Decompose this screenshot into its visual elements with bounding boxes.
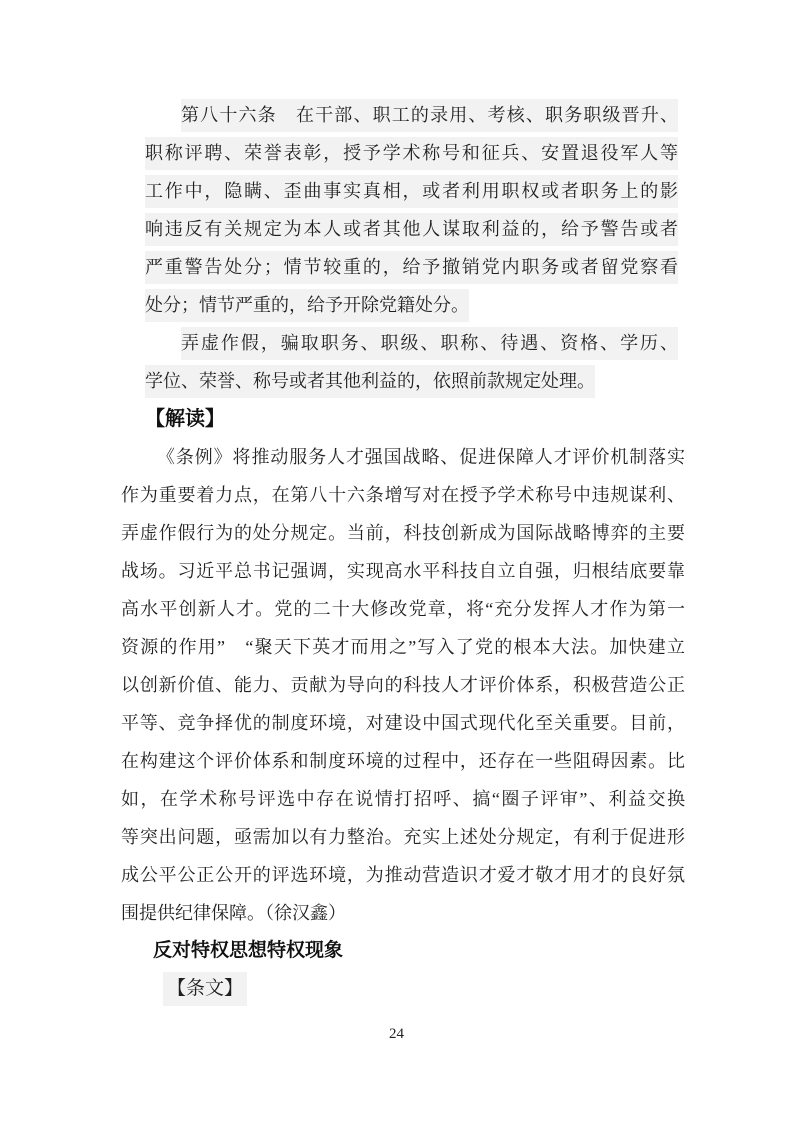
interpretation-line: 平等、竞争择优的制度环境，对建设中国式现代化至关重要。目前， [121,704,685,742]
interpretation-line: 等突出问题，亟需加以有力整治。充实上述处分规定，有利于促进形 [121,818,685,856]
section-title: 反对特权思想特权现象 [153,932,793,970]
interpretation-line: 弄虚作假行为的处分规定。当前，科技创新成为国际战略博弈的主要 [121,514,685,552]
interpretation-line-text: 资源的作用” “聚天下英才而用之”写入了党的根本大法。加快建立 [121,637,685,657]
interpretation-line-text: 《条例》将推动服务人才强国战略、促进保障人才评价机制落实 [157,447,685,467]
interpretation-line-text: 如，在学术称号评选中存在说情打招呼、搞“圈子评审”、利益交换 [121,789,685,809]
interpretation-line: 高水平创新人才。党的二十大修改党章，将“充分发挥人才作为第一 [121,590,685,628]
interpretation-line-text: 等突出问题，亟需加以有力整治。充实上述处分规定，有利于促进形 [121,827,685,847]
interpretation-line: 战场。习近平总书记强调，实现高水平科技自立自强，归根结底要靠 [121,552,685,590]
interpretation-line: 《条例》将推动服务人才强国战略、促进保障人才评价机制落实 [121,438,685,476]
article-line-text: 严重警告处分；情节较重的，给予撤销党内职务或者留党察看 [145,251,678,284]
article-line-text: 学位、荣誉、称号或者其他利益的，依照前款规定处理。 [145,365,595,398]
article-paragraph-2: 弄虚作假，骗取职务、职级、职称、待遇、资格、学历、学位、荣誉、称号或者其他利益的… [145,324,678,400]
interpretation-line: 资源的作用” “聚天下英才而用之”写入了党的根本大法。加快建立 [121,628,685,666]
interpretation-paragraph: 《条例》将推动服务人才强国战略、促进保障人才评价机制落实作为重要着力点，在第八十… [121,438,685,932]
page-number: 24 [0,1022,793,1046]
article-line: 职称评聘、荣誉表彰，授予学术称号和征兵、安置退役军人等 [145,134,678,172]
interpretation-line-text: 以创新价值、能力、贡献为导向的科技人才评价体系，积极营造公正 [121,675,685,695]
article-line-text: 处分；情节严重的，给予开除党籍处分。 [145,289,469,322]
article-text-header-label: 【条文】 [163,972,247,1006]
article-line: 学位、荣誉、称号或者其他利益的，依照前款规定处理。 [145,362,678,400]
article-line-text: 响违反有关规定为本人或者其他人谋取利益的，给予警告或者 [145,213,678,246]
article-quote-block: 第八十六条 在干部、职工的录用、考核、职务职级晋升、职称评聘、荣誉表彰，授予学术… [145,96,678,400]
article-line-text: 第八十六条 在干部、职工的录用、考核、职务职级晋升、 [181,99,678,132]
article-line: 工作中，隐瞒、歪曲事实真相，或者利用职权或者职务上的影 [145,172,678,210]
article-paragraph-1: 第八十六条 在干部、职工的录用、考核、职务职级晋升、职称评聘、荣誉表彰，授予学术… [145,96,678,324]
interpretation-line: 作为重要着力点，在第八十六条增写对在授予学术称号中违规谋利、 [121,476,685,514]
article-line: 严重警告处分；情节较重的，给予撤销党内职务或者留党察看 [145,248,678,286]
interpretation-header: 【解读】 [145,400,793,438]
article-line: 响违反有关规定为本人或者其他人谋取利益的，给予警告或者 [145,210,678,248]
document-page: { "document": { "colors": { "page_backgr… [0,0,793,1122]
interpretation-line-text: 弄虚作假行为的处分规定。当前，科技创新成为国际战略博弈的主要 [121,523,685,543]
interpretation-line-text: 作为重要着力点，在第八十六条增写对在授予学术称号中违规谋利、 [121,485,685,505]
interpretation-line-text: 在构建这个评价体系和制度环境的过程中，还存在一些阻碍因素。比 [121,751,685,771]
interpretation-line-text: 战场。习近平总书记强调，实现高水平科技自立自强，归根结底要靠 [121,561,685,581]
interpretation-line-text: 高水平创新人才。党的二十大修改党章，将“充分发挥人才作为第一 [121,599,685,619]
interpretation-line: 如，在学术称号评选中存在说情打招呼、搞“圈子评审”、利益交换 [121,780,685,818]
interpretation-line-text: 成公平公正公开的评选环境，为推动营造识才爱才敬才用才的良好氛 [121,865,685,885]
page-content: 第八十六条 在干部、职工的录用、考核、职务职级晋升、职称评聘、荣誉表彰，授予学术… [0,96,793,1046]
interpretation-line: 围提供纪律保障。（徐汉鑫） [121,894,685,932]
interpretation-line: 在构建这个评价体系和制度环境的过程中，还存在一些阻碍因素。比 [121,742,685,780]
article-line-text: 工作中，隐瞒、歪曲事实真相，或者利用职权或者职务上的影 [145,175,678,208]
article-line: 处分；情节严重的，给予开除党籍处分。 [145,286,678,324]
article-line: 第八十六条 在干部、职工的录用、考核、职务职级晋升、 [145,96,678,134]
article-line-text: 弄虚作假，骗取职务、职级、职称、待遇、资格、学历、 [181,327,678,360]
interpretation-line: 以创新价值、能力、贡献为导向的科技人才评价体系，积极营造公正 [121,666,685,704]
interpretation-line-text: 平等、竞争择优的制度环境，对建设中国式现代化至关重要。目前， [121,713,685,733]
article-line-text: 职称评聘、荣誉表彰，授予学术称号和征兵、安置退役军人等 [145,137,678,170]
interpretation-line: 成公平公正公开的评选环境，为推动营造识才爱才敬才用才的良好氛 [121,856,685,894]
article-text-header: 【条文】 [163,970,793,1008]
interpretation-line-text: 围提供纪律保障。（徐汉鑫） [121,903,346,923]
article-line: 弄虚作假，骗取职务、职级、职称、待遇、资格、学历、 [145,324,678,362]
